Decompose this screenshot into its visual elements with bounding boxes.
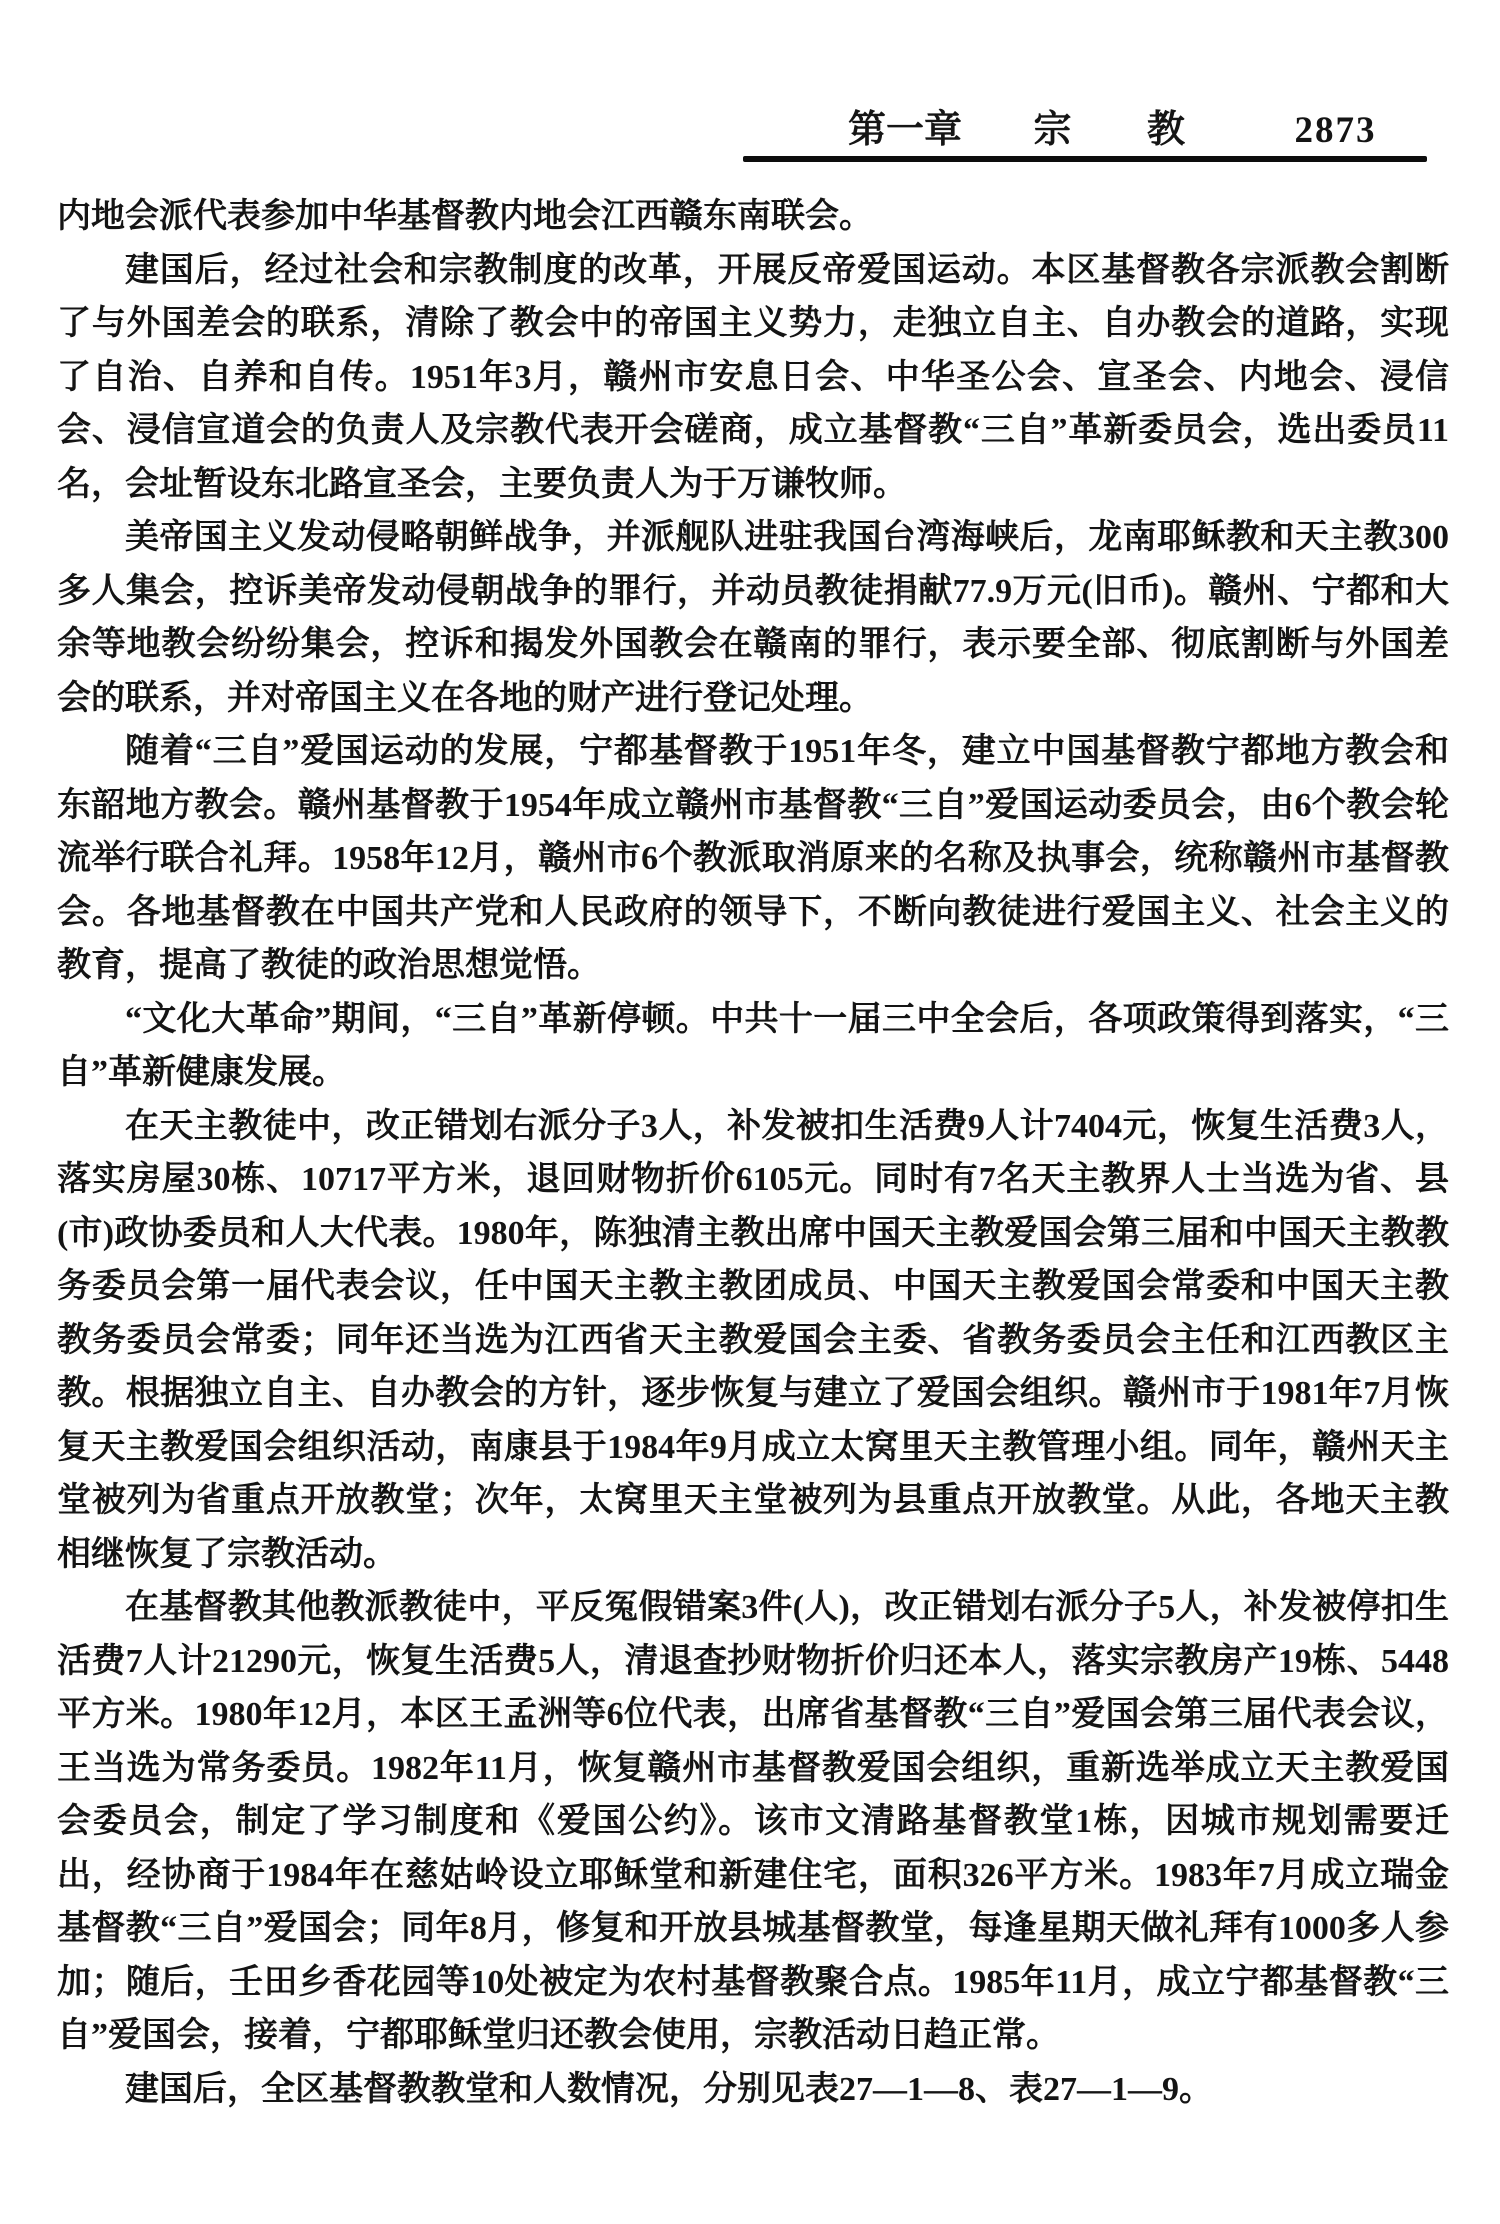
paragraph: 在天主教徒中，改正错划右派分子3人，补发被扣生活费9人计7404元，恢复生活费3… — [57, 1100, 1449, 1582]
paragraph: “文化大革命”期间，“三自”革新停顿。中共十一届三中全会后，各项政策得到落实，“… — [57, 993, 1449, 1100]
page-number: 2873 — [1295, 110, 1377, 151]
header-rule — [743, 156, 1427, 162]
paragraph: 随着“三自”爱国运动的发展，宁都基督教于1951年冬，建立中国基督教宁都地方教会… — [57, 725, 1449, 993]
paragraph: 建国后，全区基督教教堂和人数情况，分别见表27—1—8、表27—1—9。 — [57, 2063, 1449, 2117]
body-text: 内地会派代表参加中华基督教内地会江西赣东南联会。 建国后，经过社会和宗教制度的改… — [57, 190, 1449, 2116]
paragraph: 美帝国主义发动侵略朝鲜战争，并派舰队进驻我国台湾海峡后，龙南耶稣教和天主教300… — [57, 511, 1449, 725]
paragraph: 建国后，经过社会和宗教制度的改革，开展反帝爱国运动。本区基督教各宗派教会割断了与… — [57, 244, 1449, 512]
page-header: 第一章 宗 教 2873 — [848, 98, 1377, 148]
section-title-char-2: 教 — [1147, 109, 1185, 151]
section-title-char-1: 宗 — [1034, 109, 1072, 151]
paragraph-continuation: 内地会派代表参加中华基督教内地会江西赣东南联会。 — [57, 190, 1449, 244]
paragraph: 在基督教其他教派教徒中，平反冤假错案3件(人)，改正错划右派分子5人，补发被停扣… — [57, 1581, 1449, 2063]
chapter-label: 第一章 — [848, 109, 962, 151]
document-page: 第一章 宗 教 2873 内地会派代表参加中华基督教内地会江西赣东南联会。 建国… — [0, 0, 1500, 2224]
